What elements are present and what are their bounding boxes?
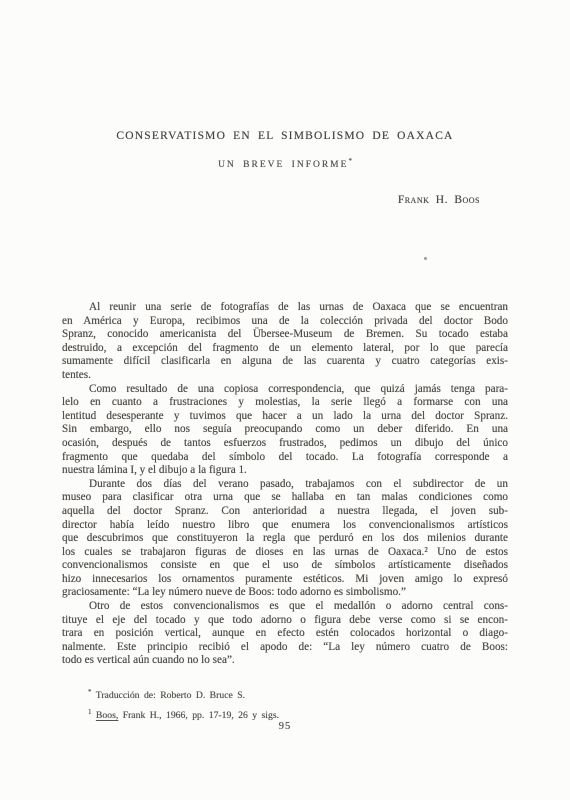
- text-line: los cuales se trabajaron figuras de dios…: [62, 546, 508, 560]
- text-line: nuestra lámina I, y el dibujo a la figur…: [62, 464, 508, 478]
- text-line: tentes.: [62, 369, 508, 383]
- footnote-text: Traducción de: Roberto D. Bruce S.: [96, 690, 245, 701]
- text-line: tituye el eje del tocado y que todo ador…: [62, 614, 508, 628]
- footnote-marker: *: [88, 688, 92, 696]
- text-line: lentitud desesperante y tuvimos que hace…: [62, 410, 508, 424]
- footnote-marker: 1: [88, 708, 92, 716]
- footnote-text: Frank H., 1966, pp. 17-19, 26 y sigs.: [123, 710, 279, 721]
- page-subtitle-text: UN BREVE INFORME: [218, 160, 348, 170]
- text-line: Otro de estos convencionalismos es que e…: [62, 600, 508, 614]
- text-line: lelo en cuanto a frustraciones y molesti…: [62, 396, 508, 410]
- text-line: fragmento que quedaba del símbolo del to…: [62, 451, 508, 465]
- text-line: Spranz, conocido americanista del Überse…: [62, 328, 508, 342]
- body-text: Al reunir una serie de fotografías de la…: [62, 301, 508, 668]
- text-line: todo es vertical aún cuando no lo sea”.: [62, 654, 508, 668]
- scan-speck: [424, 257, 427, 260]
- page-number: 95: [0, 721, 570, 732]
- text-line: sumamente difícil clasificarla en alguna…: [62, 355, 508, 369]
- text-line: Como resultado de una copiosa correspond…: [62, 383, 508, 397]
- footnote-author: Boos,: [96, 710, 118, 721]
- paragraph: Al reunir una serie de fotografías de la…: [62, 301, 508, 383]
- text-line: ocasión, después de tantos esfuerzos fru…: [62, 437, 508, 451]
- text-line: museo para clasificar otra urna que se h…: [62, 491, 508, 505]
- text-line: hizo innecesarios los ornamentos puramen…: [62, 573, 508, 587]
- text-line: que descubrimos que constituyeron la reg…: [62, 532, 508, 546]
- text-line: convencionalismos consiste en que el uso…: [62, 559, 508, 573]
- footnote: * Traducción de: Roberto D. Bruce S.: [88, 686, 279, 702]
- text-line: Durante dos días del verano pasado, trab…: [62, 478, 508, 492]
- text-line: director había leído nuestro libro que e…: [62, 519, 508, 533]
- author-name: Frank H. Boos: [398, 194, 480, 206]
- document-page: CONSERVATISMO EN EL SIMBOLISMO DE OAXACA…: [0, 0, 570, 800]
- text-line: graciosamente: “La ley número nueve de B…: [62, 586, 508, 600]
- text-line: en América y Europa, recibimos una de la…: [62, 315, 508, 329]
- footnotes: * Traducción de: Roberto D. Bruce S.1 Bo…: [88, 686, 279, 722]
- text-line: nalmente. Este principio recibió el apod…: [62, 641, 508, 655]
- paragraph: Como resultado de una copiosa correspond…: [62, 383, 508, 478]
- page-subtitle: UN BREVE INFORME*: [0, 157, 570, 170]
- text-line: trara en posición vertical, aunque en ef…: [62, 627, 508, 641]
- text-line: destruido, a excepción del fragmento de …: [62, 342, 508, 356]
- text-line: aquella del doctor Spranz. Con anteriori…: [62, 505, 508, 519]
- page-title: CONSERVATISMO EN EL SIMBOLISMO DE OAXACA: [62, 130, 508, 142]
- paragraph: Durante dos días del verano pasado, trab…: [62, 478, 508, 600]
- text-line: Al reunir una serie de fotografías de la…: [62, 301, 508, 315]
- subtitle-footnote-marker: *: [348, 157, 352, 165]
- paragraph: Otro de estos convencionalismos es que e…: [62, 600, 508, 668]
- text-line: Sin embargo, ello nos seguía preocupando…: [62, 423, 508, 437]
